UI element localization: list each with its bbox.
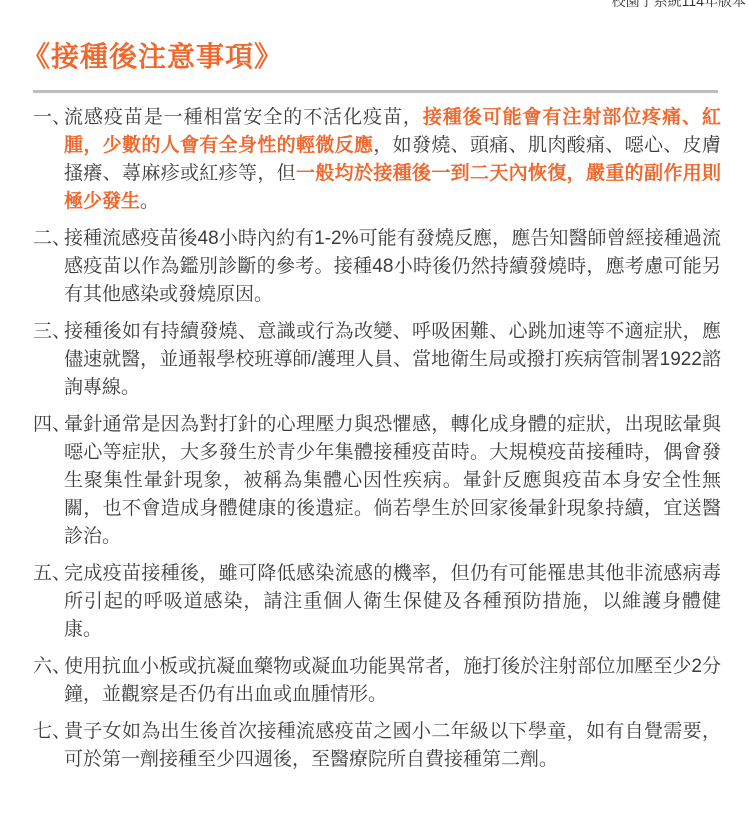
notice-page: 校園丁系統114年版本 《接種後注意事項》 一、流感疫苗是一種相當安全的不活化疫…	[0, 0, 748, 815]
item-number: 二、	[33, 225, 71, 253]
notice-item-1: 一、流感疫苗是一種相當安全的不活化疫苗，接種後可能會有注射部位疼痛、紅腫，少數的…	[33, 104, 721, 216]
title-divider	[33, 90, 718, 93]
notice-list: 一、流感疫苗是一種相當安全的不活化疫苗，接種後可能會有注射部位疼痛、紅腫，少數的…	[33, 104, 721, 783]
page-title: 《接種後注意事項》	[22, 40, 283, 74]
item-number: 四、	[33, 411, 71, 439]
notice-item-4: 四、暈針通常是因為對打針的心理壓力與恐懼感，轉化成身體的症狀，出現眩暈與噁心等症…	[33, 411, 721, 551]
item-number: 七、	[33, 718, 71, 746]
body-text: 使用抗血小板或抗凝血藥物或凝血功能異常者，施打後於注射部位加壓至少2分鐘，並觀察…	[64, 656, 721, 705]
body-text: 。	[140, 191, 159, 212]
notice-item-5: 五、完成疫苗接種後，雖可降低感染流感的機率，但仍有可能罹患其他非流感病毒所引起的…	[33, 560, 721, 644]
body-text: 接種後如有持續發燒、意識或行為改變、呼吸困難、心跳加速等不適症狀，應儘速就醫，並…	[64, 321, 721, 398]
item-number: 三、	[33, 318, 71, 346]
body-text: 暈針通常是因為對打針的心理壓力與恐懼感，轉化成身體的症狀，出現眩暈與噁心等症狀，…	[64, 414, 721, 547]
system-version-note: 校園丁系統114年版本	[612, 0, 746, 9]
item-number: 五、	[33, 560, 71, 588]
body-text: 完成疫苗接種後，雖可降低感染流感的機率，但仍有可能罹患其他非流感病毒所引起的呼吸…	[64, 563, 721, 640]
notice-item-6: 六、使用抗血小板或抗凝血藥物或凝血功能異常者，施打後於注射部位加壓至少2分鐘，並…	[33, 653, 721, 709]
notice-item-3: 三、接種後如有持續發燒、意識或行為改變、呼吸困難、心跳加速等不適症狀，應儘速就醫…	[33, 318, 721, 402]
notice-item-2: 二、接種流感疫苗後48小時內約有1-2%可能有發燒反應，應告知醫師曾經接種過流感…	[33, 225, 721, 309]
notice-item-7: 七、貴子女如為出生後首次接種流感疫苗之國小二年級以下學童，如有自覺需要，可於第一…	[33, 718, 721, 774]
item-number: 一、	[33, 104, 71, 132]
item-number: 六、	[33, 653, 71, 681]
body-text: 流感疫苗是一種相當安全的不活化疫苗，	[64, 107, 423, 128]
body-text: 貴子女如為出生後首次接種流感疫苗之國小二年級以下學童，如有自覺需要，可於第一劑接…	[64, 721, 721, 770]
body-text: 接種流感疫苗後48小時內約有1-2%可能有發燒反應，應告知醫師曾經接種過流感疫苗…	[64, 228, 721, 305]
